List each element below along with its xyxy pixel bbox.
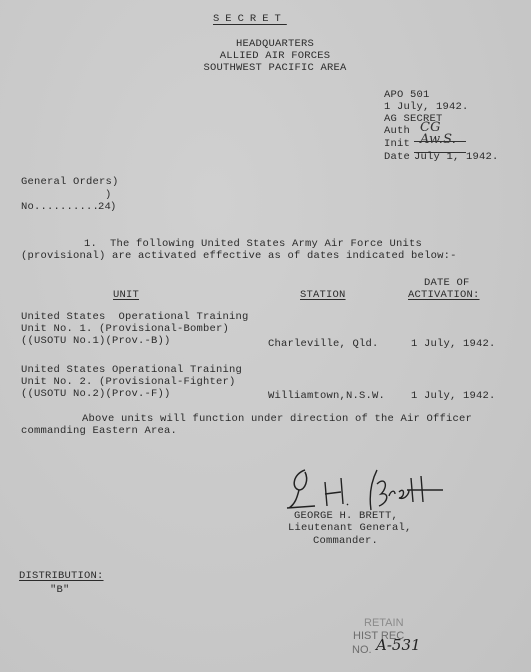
signatory-title: Commander. [313, 535, 378, 547]
handwritten-signature [285, 468, 445, 513]
paragraph-1-line-2: (provisional) are activated effective as… [21, 250, 457, 262]
column-header-date-line-2: ACTIVATION: [408, 289, 480, 301]
distribution-label: DISTRIBUTION: [19, 570, 104, 582]
unit-name-line: Unit No. 1. (Provisional-Bomber) [21, 323, 229, 335]
reference-date: 1 July, 1942. [384, 101, 469, 113]
unit-name-line: ((USOTU No.1)(Prov.-B)) [21, 335, 171, 347]
auth-label: Auth [384, 125, 410, 137]
unit-activation-date: 1 July, 1942. [411, 338, 496, 350]
general-orders-label: General Orders) [21, 176, 119, 188]
date-value: July 1, 1942. [414, 151, 499, 163]
init-value: Aw.S. [420, 134, 456, 146]
unit-activation-date: 1 July, 1942. [411, 390, 496, 402]
signatory-name: GEORGE H. BRETT, [294, 510, 398, 522]
column-header-date-line-1: DATE OF [424, 277, 470, 289]
apo-number: APO 501 [384, 89, 430, 101]
header-line-1: HEADQUARTERS [150, 38, 400, 50]
init-strike-line [414, 141, 466, 142]
order-number-bracket: ) [110, 201, 117, 213]
paragraph-2-line-2: commanding Eastern Area. [21, 425, 177, 437]
init-label: Init [384, 138, 410, 150]
header-line-2: ALLIED AIR FORCES [150, 50, 400, 62]
paragraph-2-line-1: Above units will function under directio… [82, 413, 472, 425]
unit-name-line: United States Operational Training [21, 311, 249, 323]
date-label: Date [384, 151, 410, 163]
unit-station: Charleville, Qld. [268, 338, 379, 350]
order-number-label: No.......... [21, 201, 99, 213]
unit-name-line: Unit No. 2. (Provisional-Fighter) [21, 376, 236, 388]
paragraph-1-line-1: 1. The following United States Army Air … [84, 238, 422, 250]
unit-name-line: United States Operational Training [21, 364, 242, 376]
column-header-unit: UNIT [113, 289, 139, 301]
stamp-record-number: A-531 [376, 639, 421, 651]
signatory-rank: Lieutenant General, [288, 522, 412, 534]
column-header-station: STATION [300, 289, 346, 301]
document-page: SECRET HEADQUARTERS ALLIED AIR FORCES SO… [0, 0, 531, 672]
general-orders-bracket: ) [105, 189, 112, 201]
unit-station: Williamtown,N.S.W. [268, 390, 385, 402]
unit-name-line: ((USOTU No.2)(Prov.-F)) [21, 388, 171, 400]
header-line-3: SOUTHWEST PACIFIC AREA [150, 62, 400, 74]
classification-heading: SECRET [213, 13, 287, 25]
stamp-line-1: RETAIN [364, 617, 404, 629]
distribution-value: "B" [50, 584, 70, 596]
stamp-line-3-prefix: NO. [352, 644, 372, 656]
